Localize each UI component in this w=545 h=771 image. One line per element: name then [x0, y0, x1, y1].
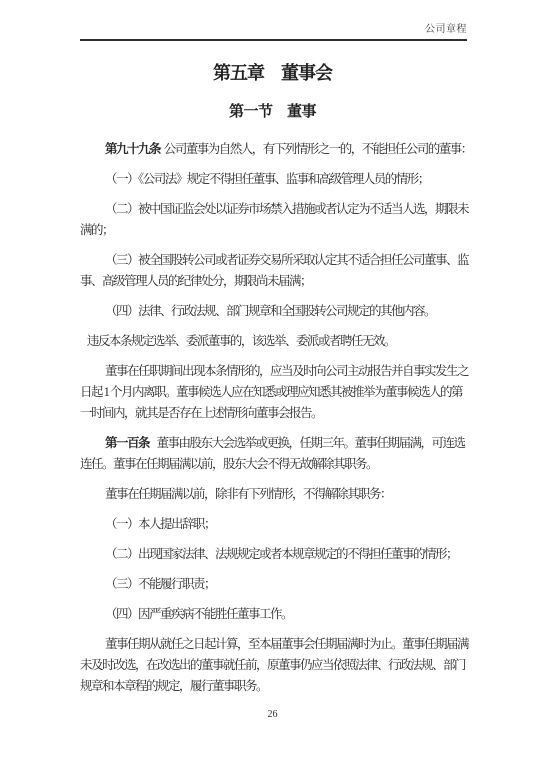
- document-body: 第九十九条公司董事为自然人，有下列情形之一的，不能担任公司的董事： （一）《公司…: [80, 139, 472, 706]
- paragraph-item-4: （四）法律、行政法规、部门规章和全国股转公司规定的其他内容。: [80, 301, 472, 322]
- paragraph-text: 违反本条规定选举、委派董事的，该选举、委派或者聘任无效。: [87, 334, 395, 348]
- paragraph-removal-item-2: （二）出现国家法律、法规规定或者本规章规定的不得担任董事的情形；: [80, 544, 472, 565]
- chapter-title: 第五章 董事会: [0, 59, 545, 85]
- paragraph-removal-intro: 董事在任期届满以前，除非有下列情形，不得解除其职务：: [80, 484, 472, 505]
- paragraph-removal-item-4: （四）因严重疾病不能胜任董事工作。: [80, 604, 472, 625]
- paragraph-text: （四）法律、行政法规、部门规章和全国股转公司规定的其他内容。: [105, 304, 435, 318]
- paragraph-text: （四）因严重疾病不能胜任董事工作。: [105, 607, 292, 621]
- paragraph-text: 董事在任期届满以前，除非有下列情形，不得解除其职务：: [105, 487, 391, 501]
- header-title: 公司章程: [425, 24, 467, 35]
- paragraph-article-99: 第九十九条公司董事为自然人，有下列情形之一的，不能担任公司的董事：: [80, 139, 472, 160]
- article-number: 第九十九条: [105, 142, 160, 156]
- document-page: 公司章程 第五章 董事会 第一节 董事 第九十九条公司董事为自然人，有下列情形之…: [0, 0, 545, 771]
- paragraph-report-duty: 董事在任职期间出现本条情形的，应当及时向公司主动报告并自事实发生之日起 1 个月…: [80, 361, 472, 424]
- paragraph-invalid-election: 违反本条规定选举、委派董事的，该选举、委派或者聘任无效。: [80, 331, 472, 352]
- paragraph-text: （一）《公司法》规定不得担任董事、监事和高级管理人员的情形；: [105, 172, 429, 186]
- paragraph-item-1: （一）《公司法》规定不得担任董事、监事和高级管理人员的情形；: [80, 169, 472, 190]
- paragraph-text: 公司董事为自然人，有下列情形之一的，不能担任公司的董事：: [164, 142, 472, 156]
- paragraph-item-3: （三）被全国股转公司或者证券交易所采取认定其不适合担任公司董事、监事、高级管理人…: [80, 250, 472, 292]
- paragraph-removal-item-1: （一）本人提出辞职；: [80, 514, 472, 535]
- paragraph-text: （一）本人提出辞职；: [105, 517, 215, 531]
- article-number: 第一百条: [105, 436, 149, 450]
- paragraph-text: （三）不能履行职责；: [105, 577, 215, 591]
- paragraph-text: （二）出现国家法律、法规规定或者本规章规定的不得担任董事的情形；: [105, 547, 457, 561]
- paragraph-term-calculation: 董事任期从就任之日起计算，至本届董事会任期届满时为止。董事任期届满未及时改选，在…: [80, 634, 472, 697]
- paragraph-text: 董事任期从就任之日起计算，至本届董事会任期届满时为止。董事任期届满未及时改选，在…: [80, 637, 468, 693]
- paragraph-item-2: （二）被中国证监会处以证券市场禁入措施或者认定为不适当人选，期限未满的；: [80, 199, 472, 241]
- paragraph-text: 董事在任职期间出现本条情形的，应当及时向公司主动报告并自事实发生之日起 1 个月…: [80, 364, 468, 420]
- page-header: 公司章程: [80, 20, 467, 41]
- paragraph-text: （二）被中国证监会处以证券市场禁入措施或者认定为不适当人选，期限未满的；: [80, 202, 468, 237]
- paragraph-article-100: 第一百条董事由股东大会选举或更换，任期三年。董事任期届满，可连选连任。董事在任期…: [80, 433, 472, 475]
- section-title: 第一节 董事: [0, 100, 545, 121]
- paragraph-removal-item-3: （三）不能履行职责；: [80, 574, 472, 595]
- page-number: 26: [0, 709, 545, 720]
- paragraph-text: （三）被全国股转公司或者证券交易所采取认定其不适合担任公司董事、监事、高级管理人…: [80, 253, 468, 288]
